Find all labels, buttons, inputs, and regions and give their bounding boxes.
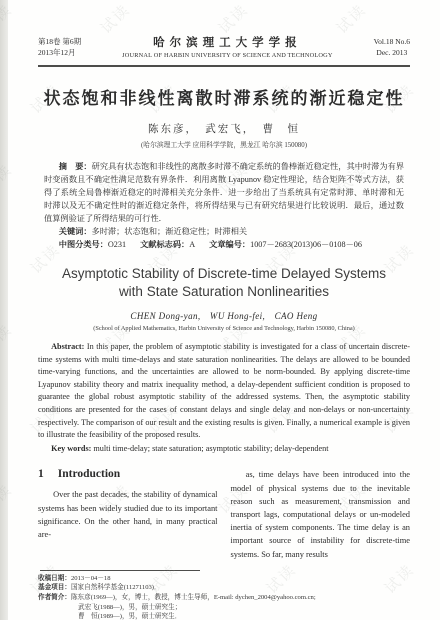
author-bio-1: 陈东彦(1969—)，女，博士，教授，博士生导师，E-mail: dychen_…: [71, 594, 316, 601]
author-bio-label: 作者简介：: [38, 594, 71, 601]
section-1-heading: 1Introduction: [38, 468, 218, 480]
article-id-value: 1007－2683(2013)06－0108－06: [250, 240, 362, 249]
author-bio-line-2: 武宏飞(1988—)，男，硕士研究生；: [38, 603, 410, 613]
fund-line: 基金项目：国家自然科学基金(11271103)．: [38, 583, 410, 593]
abstract-cn: 摘 要：研究具有状态饱和非线性的离散多时滞不确定系统的鲁棒渐近稳定性，其中时滞为…: [44, 160, 404, 225]
authors-en: CHEN Dong-yan, WU Hong-fei, CAO Heng: [38, 309, 410, 322]
right-column-paragraph: as, time delays have been introduced int…: [231, 468, 411, 560]
abstract-text-cn: 研究具有状态饱和非线性的离散多时滞不确定系统的鲁棒渐近稳定性，其中时滞为有界时变…: [44, 162, 404, 223]
section-1-number: 1: [38, 468, 44, 480]
article-id-label: 文章编号：: [209, 240, 250, 249]
article-title-cn: 状态饱和非线性离散时滞系统的渐近稳定性: [38, 84, 410, 109]
fund-label: 基金项目：: [38, 584, 71, 591]
left-column: 1Introduction Over the past decades, the…: [38, 468, 218, 560]
author-bio-2: 武宏飞(1988—)，男，硕士研究生；: [78, 604, 181, 611]
authors-cn: 陈东彦， 武宏飞， 曹 恒: [38, 121, 410, 136]
footnote-rule: [40, 570, 200, 571]
received-date-label: 收稿日期：: [38, 575, 71, 582]
volume-info: Vol.18 No.6 Dec. 2013: [374, 36, 410, 58]
section-1-title: Introduction: [58, 468, 120, 480]
clc-label: 中图分类号：: [59, 240, 108, 249]
footnote-body: 收稿日期：2013－04－18 基金项目：国家自然科学基金(11271103)．…: [38, 574, 410, 620]
fund-value: 国家自然科学基金(11271103)．: [71, 584, 161, 591]
right-column: as, time delays have been introduced int…: [231, 468, 411, 560]
abstract-label-cn: 摘 要：: [59, 162, 92, 171]
issue-info: 第18卷 第6期 2013年12月: [38, 36, 81, 58]
volume-number-line: Vol.18 No.6: [374, 36, 410, 47]
author-bio-line-3: 曹 恒(1989—)，男，硕士研究生．: [38, 612, 410, 620]
keywords-en: Key words: multi time-delay; state satur…: [38, 443, 410, 456]
author-bio-line-1: 作者简介：陈东彦(1969—)，女，博士，教授，博士生导师，E-mail: dy…: [38, 593, 410, 603]
journal-name-en: JOURNAL OF HARBIN UNIVERSITY OF SCIENCE …: [87, 52, 368, 59]
received-date-line: 收稿日期：2013－04－18: [38, 574, 410, 584]
doc-code-label: 文献标志码：: [140, 240, 189, 249]
body-columns: 1Introduction Over the past decades, the…: [38, 468, 410, 560]
keywords-text-cn: 多时滞；状态饱和；渐近稳定性；时滞相关: [92, 227, 248, 236]
paper-page: 第18卷 第6期 2013年12月 哈尔滨理工大学学报 JOURNAL OF H…: [8, 0, 440, 620]
journal-header: 第18卷 第6期 2013年12月 哈尔滨理工大学学报 JOURNAL OF H…: [38, 34, 410, 59]
doc-code-value: A: [189, 240, 195, 249]
journal-name-block: 哈尔滨理工大学学报 JOURNAL OF HARBIN UNIVERSITY O…: [81, 34, 374, 59]
classification-line: 中图分类号：O231文献标志码：A文章编号：1007－2683(2013)06－…: [44, 238, 404, 251]
abstract-text-en: In this paper, the problem of asymptotic…: [38, 342, 410, 439]
article-title-en: Asymptotic Stability of Discrete-time De…: [59, 265, 389, 300]
keywords-label-cn: 关键词：: [59, 227, 92, 236]
volume-date-line: Dec. 2013: [374, 47, 410, 58]
affiliation-cn: (哈尔滨理工大学 应用科学学院，黑龙江 哈尔滨 150080): [38, 139, 410, 149]
issue-date-line: 2013年12月: [38, 47, 81, 58]
clc-value: O231: [108, 240, 126, 249]
abstract-label-en: Abstract:: [51, 342, 84, 351]
keywords-cn: 关键词：多时滞；状态饱和；渐近稳定性；时滞相关: [44, 225, 404, 238]
received-date-value: 2013－04－18: [71, 575, 111, 582]
author-bio-3: 曹 恒(1989—)，男，硕士研究生．: [78, 613, 181, 620]
header-rule: [38, 65, 410, 67]
keywords-text-en: multi time-delay; state saturation; asym…: [93, 444, 328, 453]
keywords-label-en: Key words:: [51, 444, 91, 453]
journal-name-cn: 哈尔滨理工大学学报: [87, 34, 368, 50]
left-column-paragraph: Over the past decades, the stability of …: [38, 488, 218, 541]
issue-volume-line: 第18卷 第6期: [38, 36, 81, 47]
footnote-block: 收稿日期：2013－04－18 基金项目：国家自然科学基金(11271103)．…: [38, 570, 410, 620]
affiliation-en: (School of Applied Mathematics, Harbin U…: [38, 325, 410, 332]
abstract-en: Abstract: In this paper, the problem of …: [38, 341, 410, 442]
